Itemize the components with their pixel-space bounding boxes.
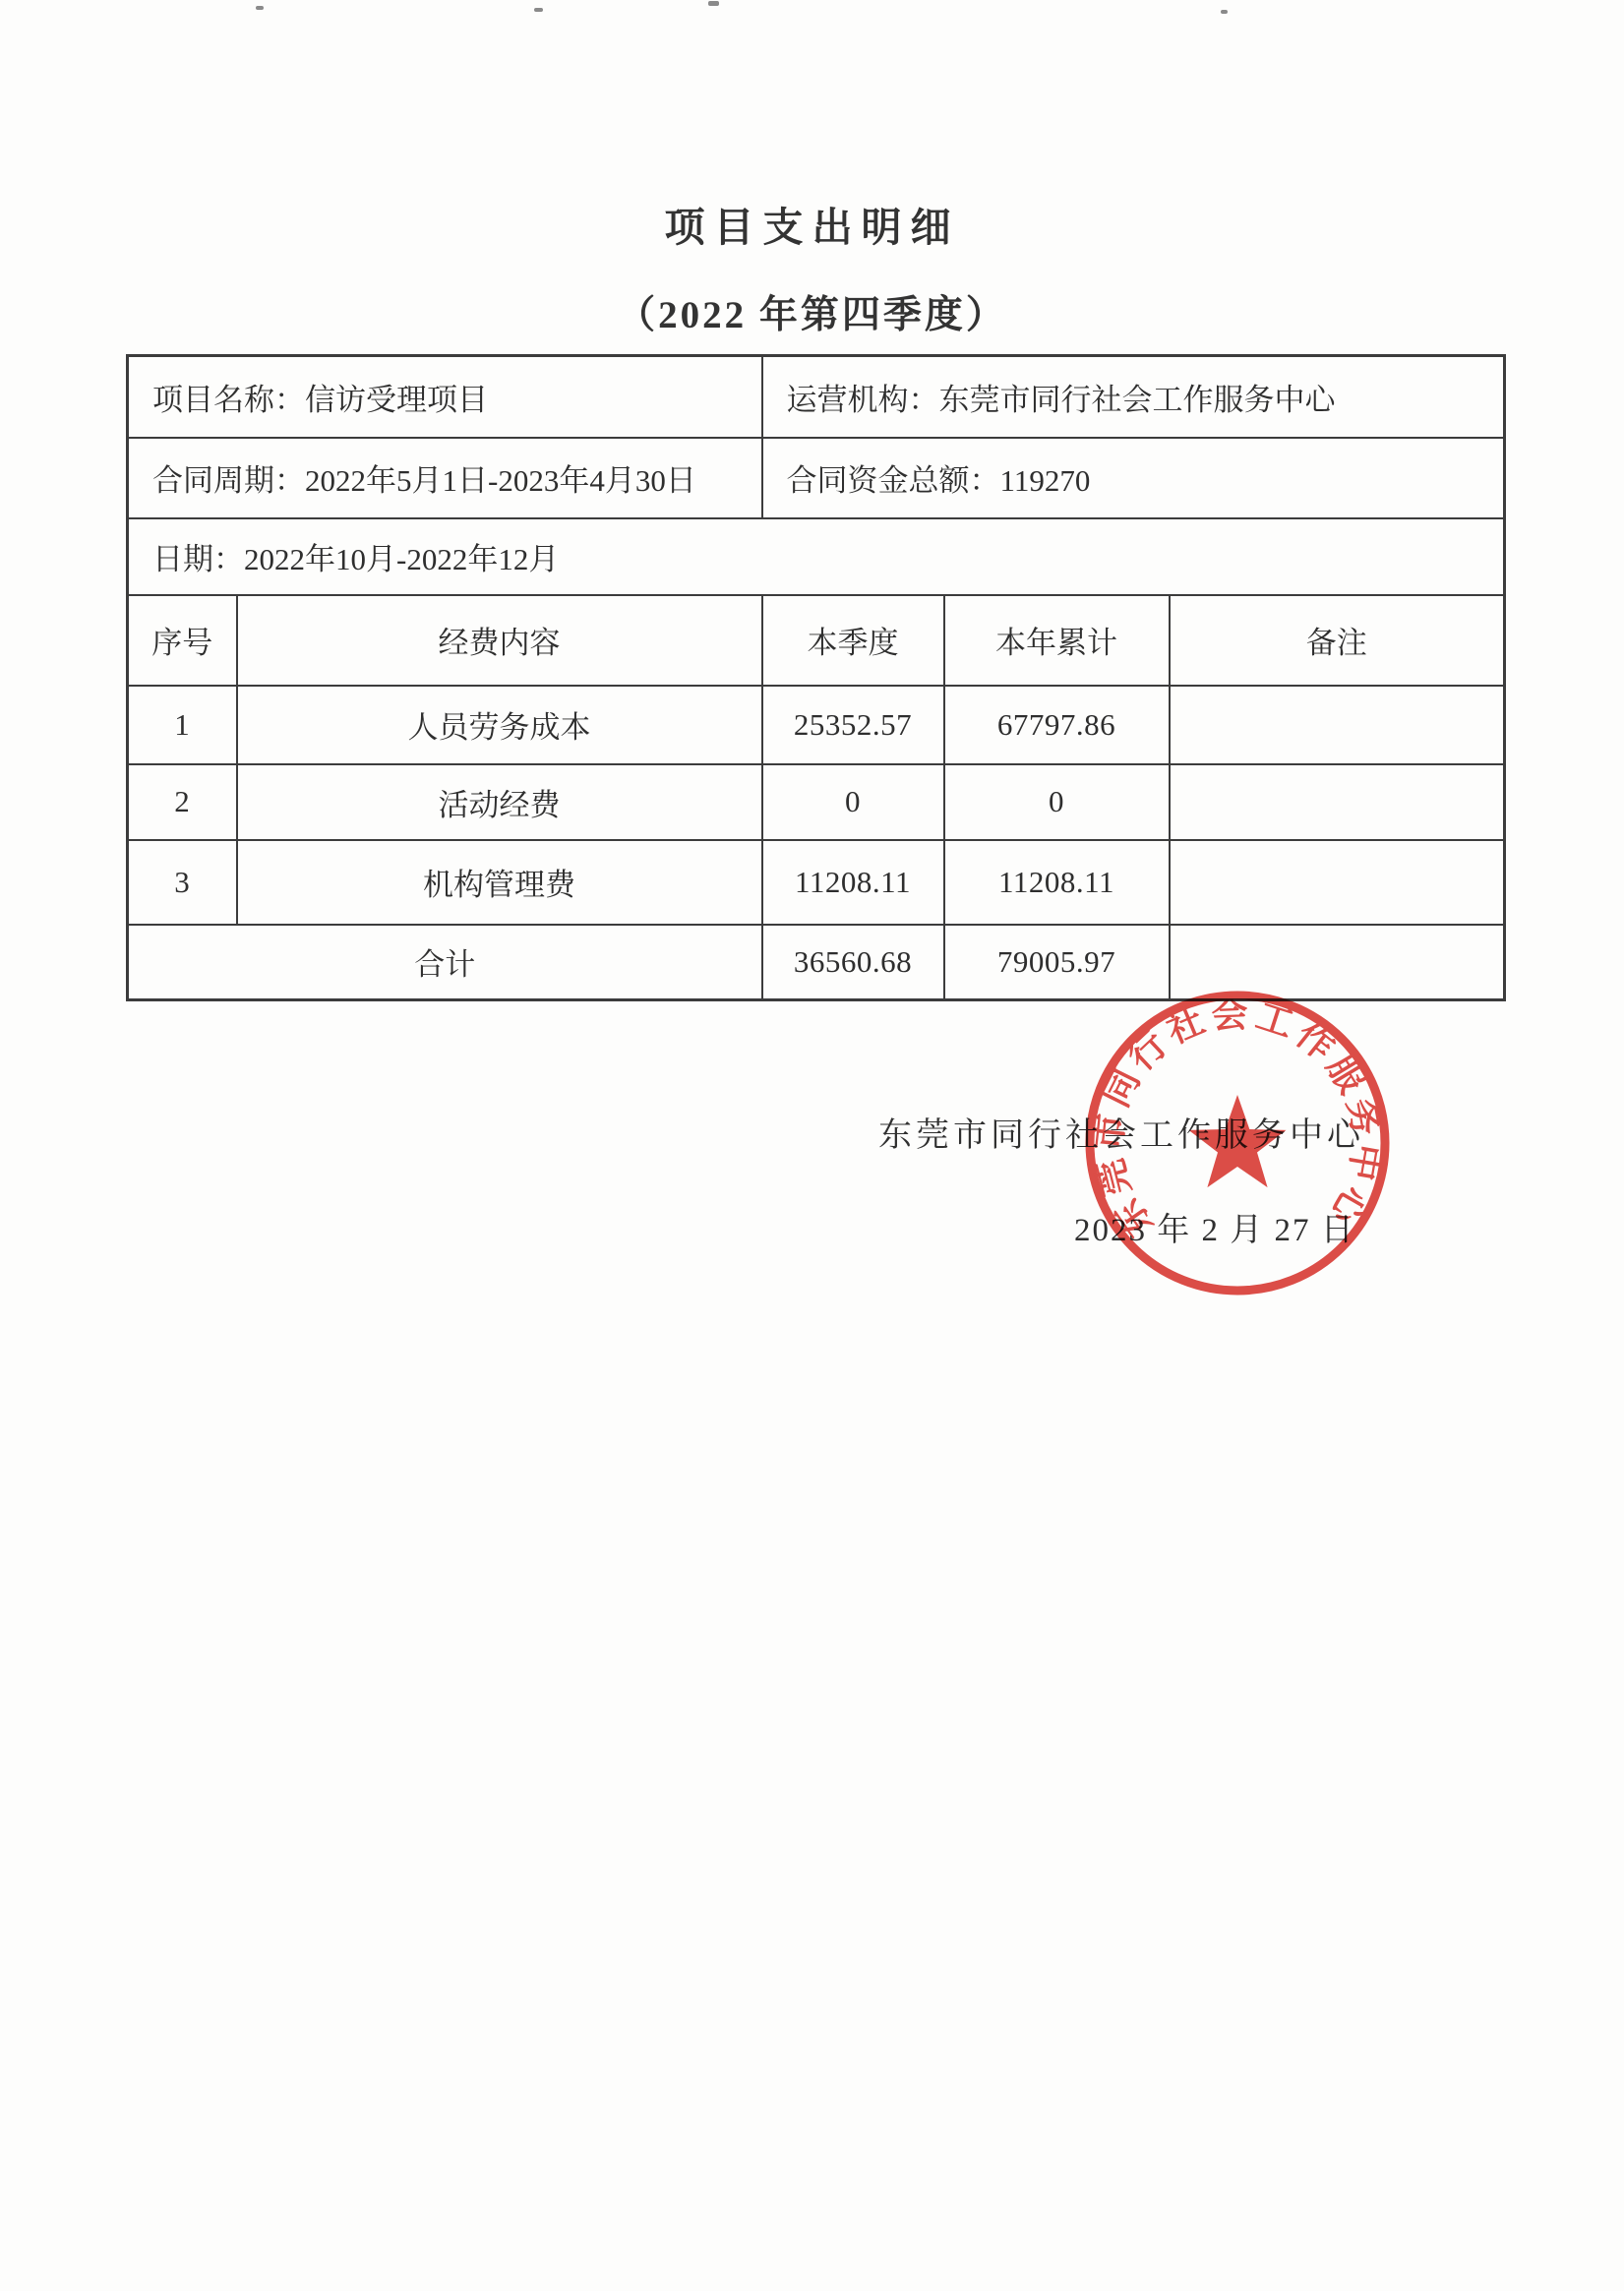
- row-note: [1170, 840, 1505, 925]
- table-row: 2 活动经费 0 0: [128, 764, 1505, 840]
- scan-artifact: [256, 6, 264, 10]
- contract-total-cell: 合同资金总额：119270: [762, 438, 1505, 518]
- row-ytd: 67797.86: [944, 686, 1170, 764]
- info-row-1: 项目名称：信访受理项目 运营机构：东莞市同行社会工作服务中心: [128, 356, 1505, 438]
- row-quarter: 25352.57: [762, 686, 944, 764]
- row-item: 机构管理费: [237, 840, 762, 925]
- row-item: 活动经费: [237, 764, 762, 840]
- total-quarter: 36560.68: [762, 925, 944, 1000]
- stamp-star-icon: [1189, 1095, 1287, 1187]
- expense-table: 项目名称：信访受理项目 运营机构：东莞市同行社会工作服务中心 合同周期：2022…: [126, 354, 1506, 1001]
- header-quarter: 本季度: [762, 595, 944, 686]
- document-page: 项目支出明细 （2022 年第四季度） 项目名称：信访受理项目 运营机构：东莞市…: [0, 0, 1624, 2291]
- row-item: 人员劳务成本: [237, 686, 762, 764]
- page-title: 项目支出明细: [0, 195, 1624, 253]
- row-ytd: 11208.11: [944, 840, 1170, 925]
- operator-cell: 运营机构：东莞市同行社会工作服务中心: [762, 356, 1505, 438]
- row-quarter: 11208.11: [762, 840, 944, 925]
- row-no: 3: [128, 840, 237, 925]
- official-seal: 东莞市同行社会工作服务中心: [1075, 981, 1400, 1305]
- project-name-cell: 项目名称：信访受理项目: [128, 356, 762, 438]
- row-note: [1170, 764, 1505, 840]
- table-row: 1 人员劳务成本 25352.57 67797.86: [128, 686, 1505, 764]
- page-subtitle: （2022 年第四季度）: [0, 284, 1624, 339]
- header-note: 备注: [1170, 595, 1505, 686]
- row-no: 1: [128, 686, 237, 764]
- scan-artifact: [534, 8, 543, 12]
- row-no: 2: [128, 764, 237, 840]
- info-row-2: 合同周期：2022年5月1日-2023年4月30日 合同资金总额：119270: [128, 438, 1505, 518]
- header-ytd: 本年累计: [944, 595, 1170, 686]
- row-ytd: 0: [944, 764, 1170, 840]
- contract-period-cell: 合同周期：2022年5月1日-2023年4月30日: [128, 438, 762, 518]
- table-row: 3 机构管理费 11208.11 11208.11: [128, 840, 1505, 925]
- scan-artifact: [1221, 10, 1228, 14]
- info-row-3: 日期：2022年10月-2022年12月: [128, 518, 1505, 595]
- row-note: [1170, 686, 1505, 764]
- header-row: 序号 经费内容 本季度 本年累计 备注: [128, 595, 1505, 686]
- date-range-cell: 日期：2022年10月-2022年12月: [128, 518, 1505, 595]
- header-no: 序号: [128, 595, 237, 686]
- header-item: 经费内容: [237, 595, 762, 686]
- total-label: 合计: [128, 925, 762, 1000]
- scan-artifact: [708, 1, 719, 6]
- row-quarter: 0: [762, 764, 944, 840]
